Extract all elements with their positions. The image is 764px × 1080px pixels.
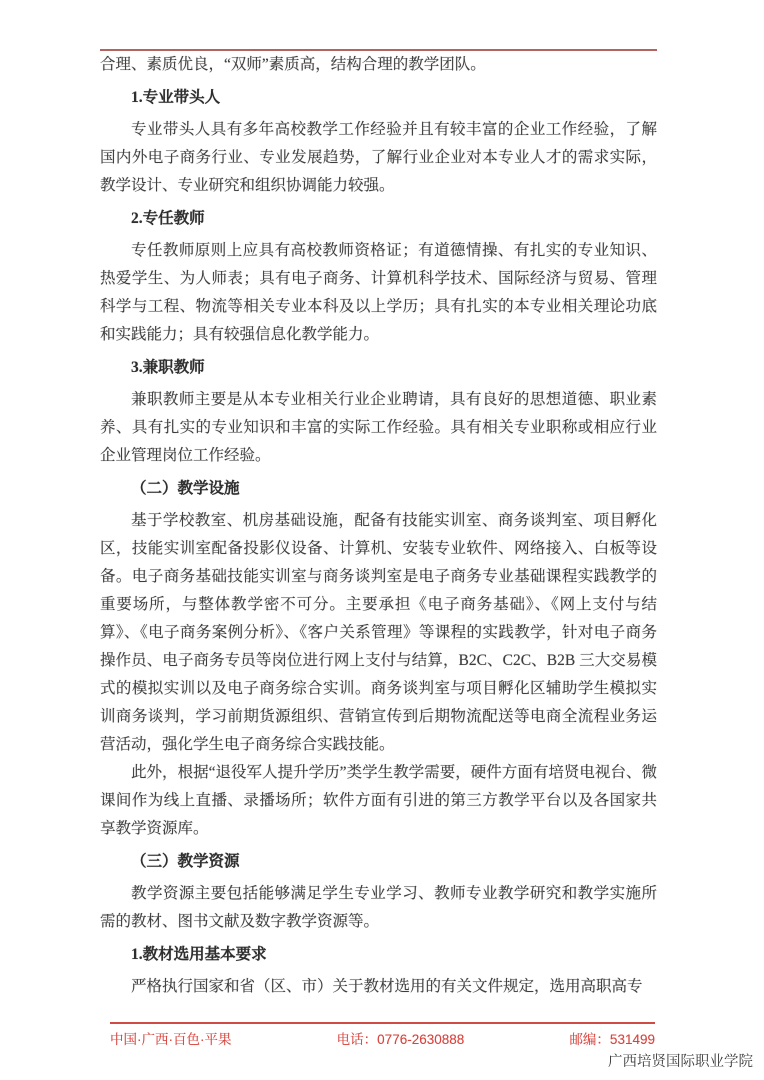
body-paragraph: 兼职教师主要是从本专业相关行业企业聘请，具有良好的思想道德、职业素养、具有扎实的… [100, 386, 657, 470]
page-footer: 中国·广西·百色·平果 电话：0776-2630888 邮编：531499 [110, 1028, 655, 1048]
section-heading: 1.专业带头人 [100, 84, 657, 112]
body-paragraph: 专业带头人具有多年高校教学工作经验并且有较丰富的企业工作经验，了解国内外电子商务… [100, 116, 657, 200]
section-heading: 2.专任教师 [100, 205, 657, 233]
body-paragraph: 基于学校教室、机房基础设施，配备有技能实训室、商务谈判室、项目孵化区，技能实训室… [100, 507, 657, 759]
body-paragraph: 严格执行国家和省（区、市）关于教材选用的有关文件规定，选用高职高专 [100, 973, 657, 1001]
footer-postcode: 邮编：531499 [569, 1028, 655, 1048]
body-paragraph: 专任教师原则上应具有高校教师资格证；有道德情操、有扎实的专业知识、热爱学生、为人… [100, 237, 657, 349]
body-paragraph: 此外，根据“退役军人提升学历”类学生教学需要，硬件方面有培贤电视台、微课间作为线… [100, 759, 657, 843]
footer-phone: 电话：0776-2630888 [337, 1028, 465, 1048]
continuation-paragraph: 合理、素质优良，“双师”素质高，结构合理的教学团队。 [100, 51, 657, 79]
document-body: 合理、素质优良，“双师”素质高，结构合理的教学团队。 1.专业带头人 专业带头人… [100, 51, 657, 1001]
institution-name: 广西培贤国际职业学院 [608, 1050, 753, 1071]
body-paragraph: 教学资源主要包括能够满足学生专业学习、教师专业教学研究和教学实施所需的教材、图书… [100, 880, 657, 936]
section-heading: （三）教学资源 [100, 848, 657, 876]
section-heading: 3.兼职教师 [100, 354, 657, 382]
section-heading: 1.教材选用基本要求 [100, 941, 657, 969]
footer-location: 中国·广西·百色·平果 [110, 1028, 232, 1048]
section-heading: （二）教学设施 [100, 475, 657, 503]
page-footer-rule [110, 1022, 655, 1024]
